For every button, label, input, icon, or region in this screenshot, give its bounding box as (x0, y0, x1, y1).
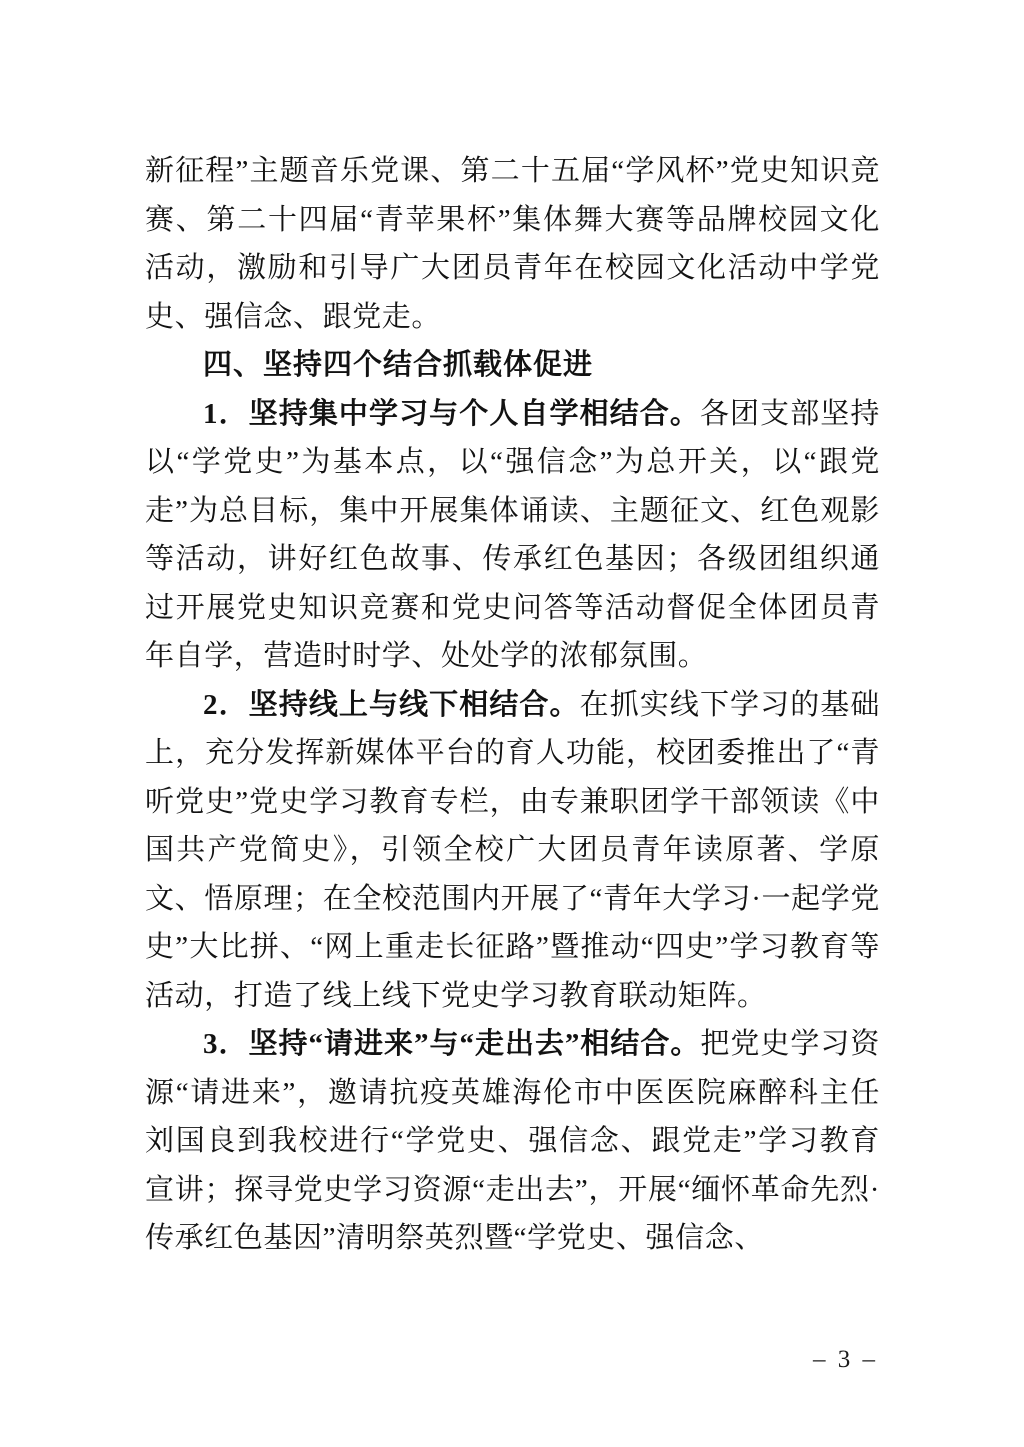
numbered-paragraph-3-text: 把党史学习资源“请进来”，邀请抗疫英雄海伦市中医医院麻醉科主任刘国良到我校进行“… (145, 1028, 880, 1254)
numbered-paragraph-1-text: 各团支部坚持以“学党史”为基本点，以“强信念”为总开关，以“跟党走”为总目标，集… (145, 398, 880, 673)
numbered-paragraph-2-lead: 2．坚持线上与线下相结合。 (203, 689, 580, 721)
section-heading: 四、坚持四个结合抓载体促进 (145, 341, 880, 390)
numbered-paragraph-1: 1．坚持集中学习与个人自学相结合。各团支部坚持以“学党史”为基本点，以“强信念”… (145, 390, 880, 681)
numbered-paragraph-1-lead: 1．坚持集中学习与个人自学相结合。 (203, 398, 700, 430)
document-page: 新征程”主题音乐党课、第二十五届“学风杯”党史知识竞赛、第二十四届“青苹果杯”集… (0, 0, 1024, 1447)
numbered-paragraph-3: 3．坚持“请进来”与“走出去”相结合。把党史学习资源“请进来”，邀请抗疫英雄海伦… (145, 1020, 880, 1263)
document-body: 新征程”主题音乐党课、第二十五届“学风杯”党史知识竞赛、第二十四届“青苹果杯”集… (145, 147, 880, 1263)
paragraph-continuation: 新征程”主题音乐党课、第二十五届“学风杯”党史知识竞赛、第二十四届“青苹果杯”集… (145, 147, 880, 341)
numbered-paragraph-2: 2．坚持线上与线下相结合。在抓实线下学习的基础上，充分发挥新媒体平台的育人功能，… (145, 681, 880, 1021)
numbered-paragraph-3-lead: 3．坚持“请进来”与“走出去”相结合。 (203, 1028, 700, 1060)
page-number: – 3 – (813, 1346, 878, 1374)
numbered-paragraph-2-text: 在抓实线下学习的基础上，充分发挥新媒体平台的育人功能，校团委推出了“青听党史”党… (145, 689, 880, 1012)
